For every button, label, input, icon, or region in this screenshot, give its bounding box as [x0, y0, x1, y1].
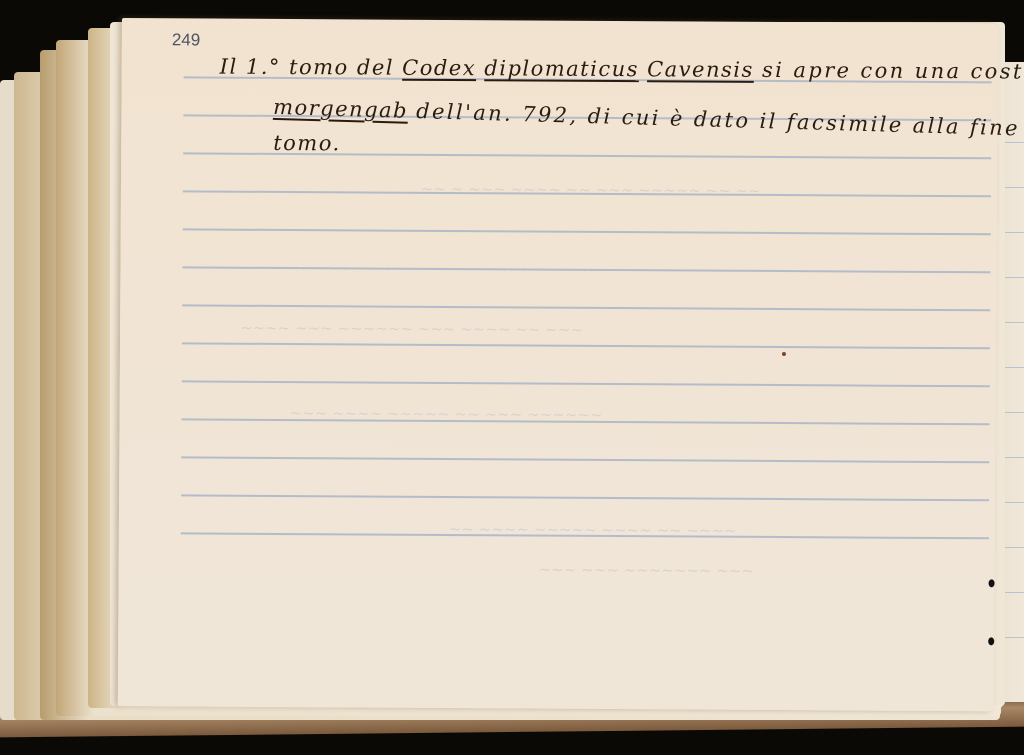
text-diplomaticus: diplomaticus — [484, 56, 639, 81]
text-line1-rest: si apre con una costituzione di — [762, 58, 1024, 84]
ink-spot — [782, 352, 786, 356]
bleed-through-text: ~~~ ~~~~ ~~~~~ ~~ ~~~ ~~~~~~ — [290, 404, 603, 424]
handwritten-line-3: tomo. — [273, 131, 341, 155]
text-codex: Codex — [402, 56, 476, 80]
page-number: 249 — [172, 30, 200, 50]
bleed-through-text: ~~~ ~~ ~~~~~ ~~~~ ~~~ ~~~~ ~~~~~ — [240, 259, 595, 279]
bleed-through-text: ~~ ~~~~ ~~~~~ ~~~~ ~~ ~~~~ — [449, 520, 737, 540]
binding-hole — [989, 579, 995, 587]
notebook-page: 249 Il 1.° tomo del Codex diplomaticus C… — [118, 18, 998, 711]
text-prefix: Il 1.° tomo del — [220, 55, 394, 80]
binding-hole — [988, 637, 994, 645]
text-line2-rest: dell'an. 792, di cui è dato il facsimile… — [416, 99, 1024, 142]
handwritten-line-1: Il 1.° tomo del Codex diplomaticus Caven… — [220, 55, 1024, 85]
bleed-through-text: ~~ ~ ~~~ ~~~~ ~~ ~~~ ~~~~~ ~~ ~~ — [421, 180, 761, 200]
text-morgengab: morgengab — [273, 95, 409, 123]
text-cavensis: Cavensis — [647, 57, 754, 82]
bleed-through-text: ~~~~ ~~~ ~~~~~~ ~~~ ~~~~ ~~ ~~~ — [240, 319, 583, 339]
bleed-through-text: ~~~ ~~~ ~~~~~~~ ~~~ — [539, 561, 755, 580]
handwritten-line-2: morgengab dell'an. 792, di cui è dato il… — [273, 95, 1024, 142]
